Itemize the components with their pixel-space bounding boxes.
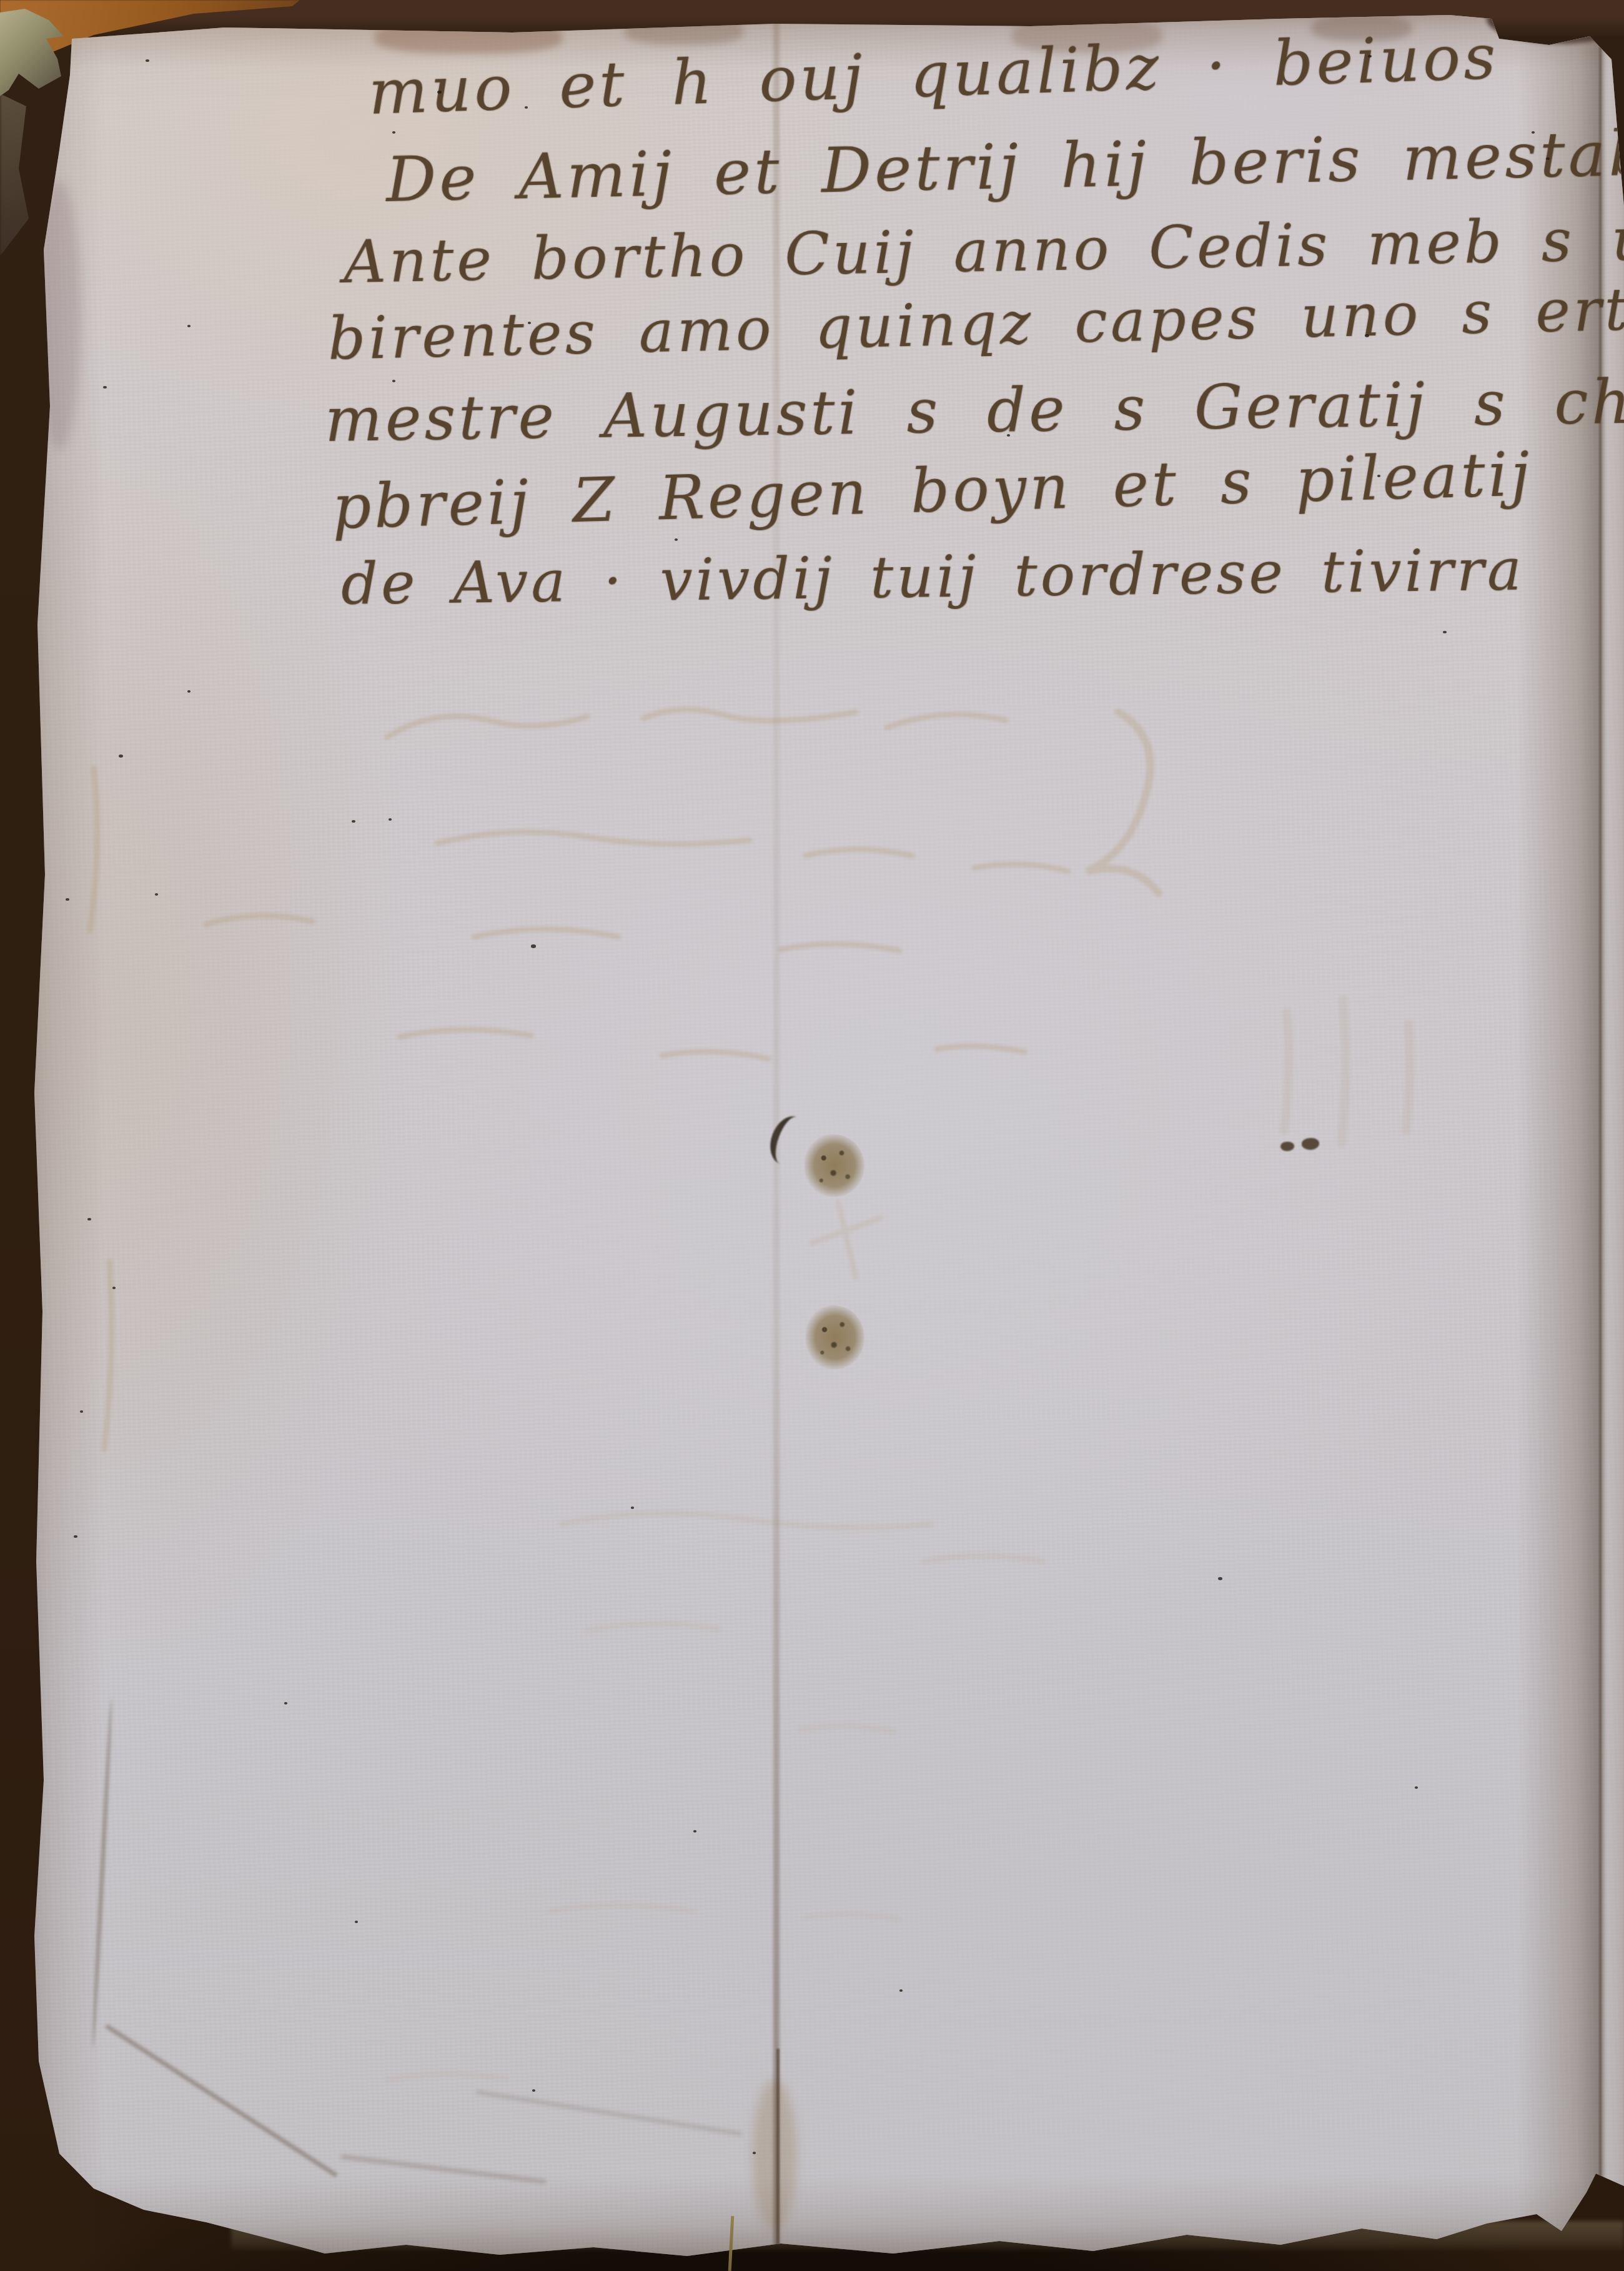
ink-speck [528,322,531,324]
ink-speck [675,538,678,541]
ink-speck [899,1989,903,1992]
ink-speck [392,380,395,382]
ink-speck [187,325,191,327]
ink-speck [1365,334,1369,337]
ink-speck [112,1287,116,1289]
ink-speck [753,2152,756,2154]
ink-speck [1218,1577,1222,1580]
manuscript-photo: muo et h ouj qualibz · beiuos De Amij et… [0,0,1624,2271]
ink-speck [437,91,442,94]
ink-speck [284,1702,287,1704]
ink-speck [1532,131,1535,134]
ink-speck [1415,1786,1418,1789]
ink-speck [155,893,158,896]
ink-speck [525,106,528,109]
ink-speck [1007,434,1010,437]
ink-speck [389,818,392,821]
ink-speck [1377,475,1380,477]
manuscript-page: muo et h ouj qualibz · beiuos De Amij et… [0,0,1624,2271]
ink-speck [531,944,536,948]
ink-speck [631,1507,634,1509]
ink-speck [693,1830,696,1833]
ink-speck [532,2089,535,2092]
manuscript-line: de Ava · vivdij tuij tordrese tivirra [340,542,1525,613]
ink-speck [392,131,395,134]
ink-speck [355,1921,358,1923]
ink-speck [119,755,123,758]
ink-speck [187,690,191,693]
manuscript-line: mestre Augusti s de s Geratij s ch [324,372,1624,450]
ink-speck [80,1410,83,1413]
